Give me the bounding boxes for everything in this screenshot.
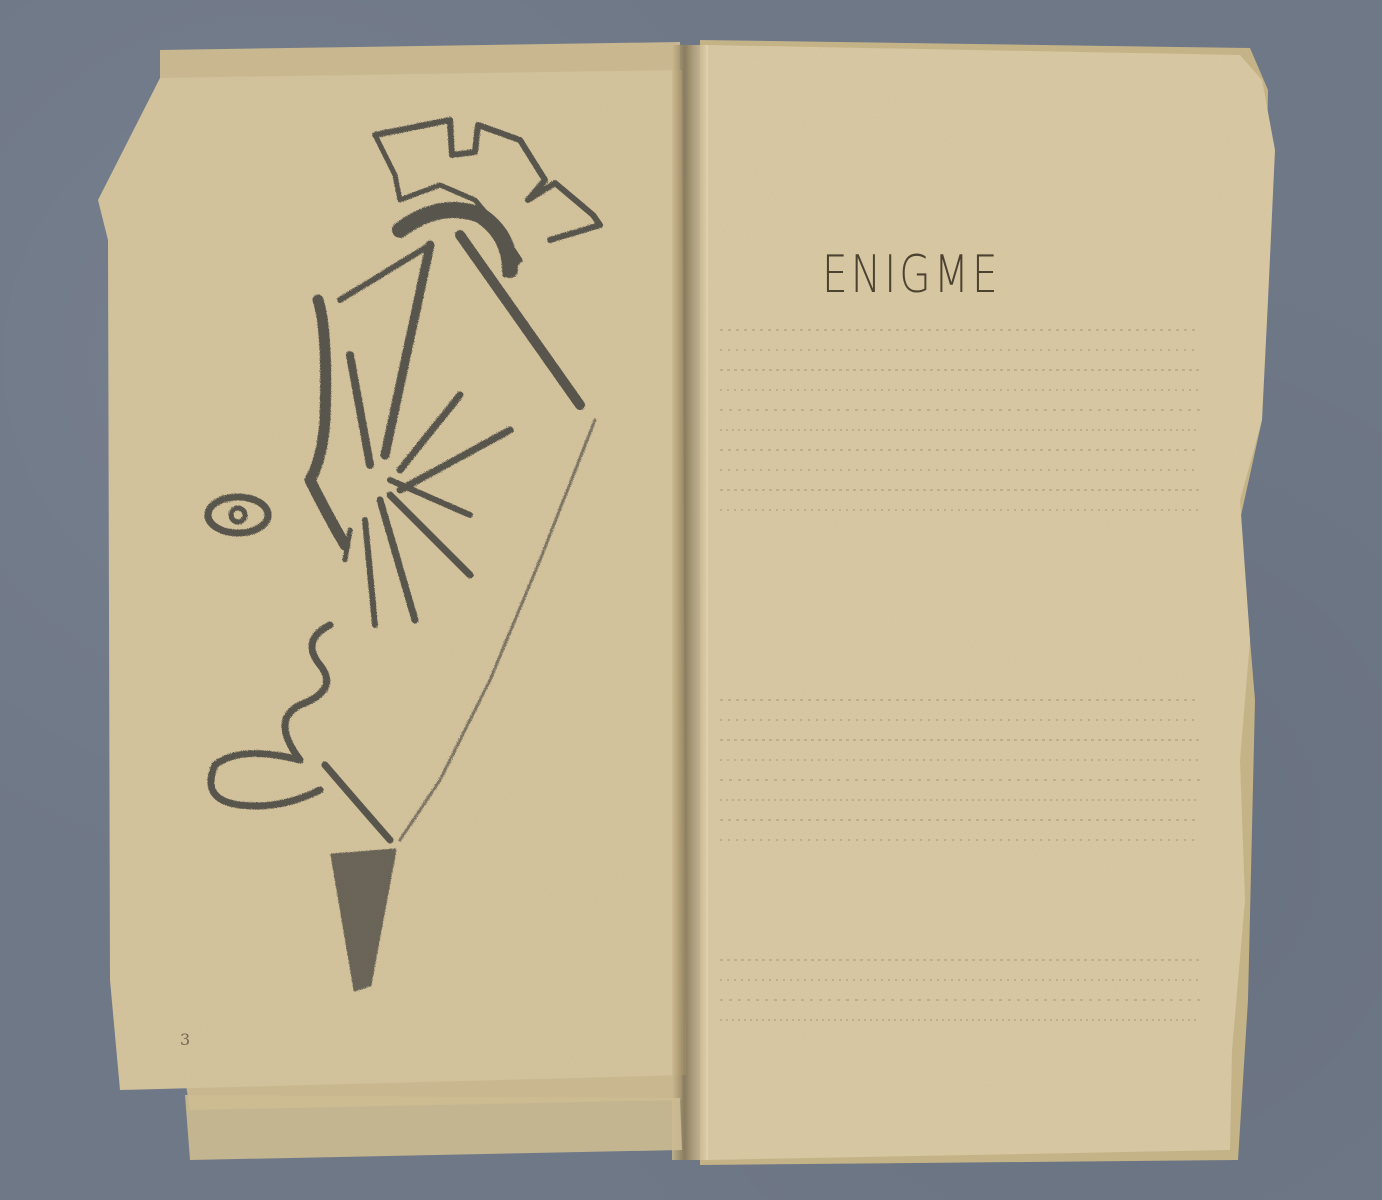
photo-scene: ENIGME 3 Stylized profile of a face with… (0, 0, 1382, 1200)
right-page (706, 45, 1275, 1160)
booklet-illustration (0, 0, 1382, 1200)
title-enigme: ENIGME (822, 245, 1001, 305)
page-number: 3 (180, 1030, 190, 1049)
spine-fold (672, 45, 708, 1160)
